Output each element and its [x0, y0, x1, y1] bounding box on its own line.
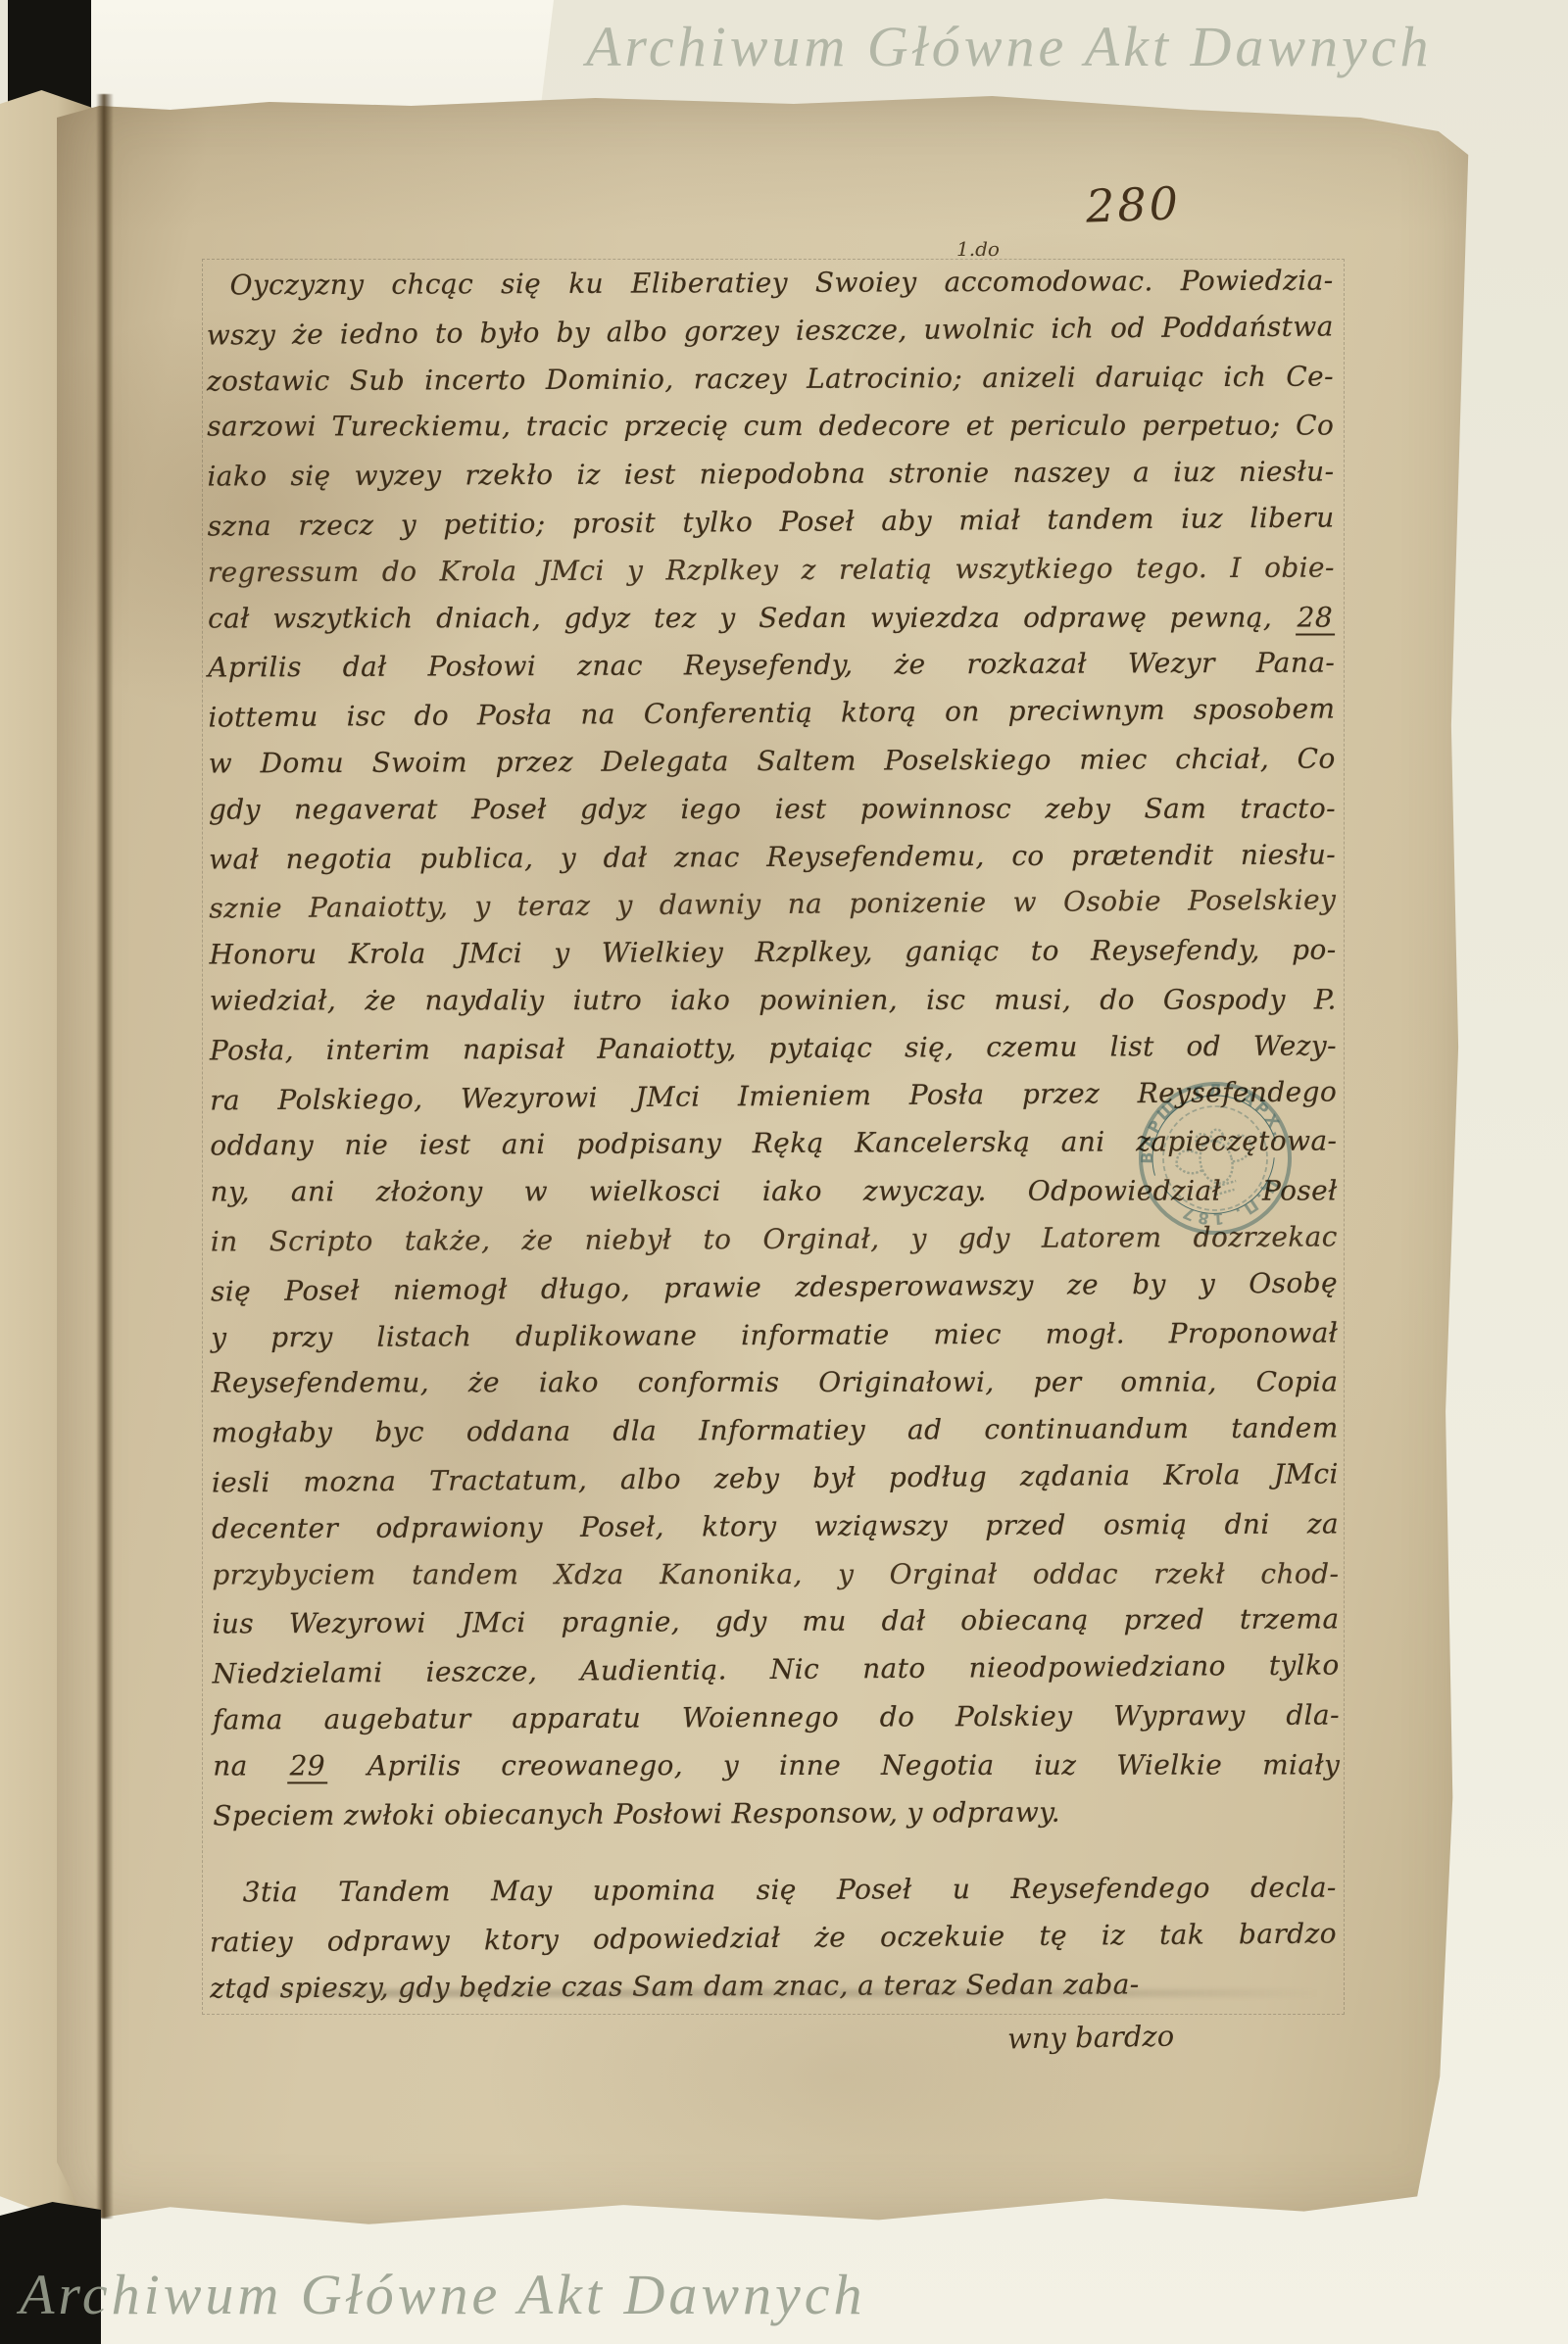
manuscript-line: Speciem zwłoki obiecanych Posłowi Respon… — [213, 1794, 1340, 1847]
manuscript-line: przybyciem tandem Xdza Kanonika, y Orgin… — [212, 1557, 1339, 1606]
manuscript-line: sznie Panaiotty, y teraz y dawniy na pon… — [209, 884, 1336, 941]
manuscript-line: mogłaby byc oddana dla Informatiey ad co… — [212, 1412, 1339, 1465]
manuscript-line: regressum do Krola JMci y Rzplkey z rela… — [208, 551, 1335, 604]
manuscript-line: cał wszytkich dniach, gdyz tez y Sedan w… — [208, 601, 1335, 650]
manuscript-line: zostawic Sub incerto Dominio, raczey Lat… — [207, 360, 1334, 413]
black-corner-bottom-left — [0, 2202, 101, 2344]
page-number: 280 — [1085, 176, 1182, 232]
manuscript-line: Niedzielami ieszcze, Audientią. Nic nato… — [213, 1649, 1340, 1706]
manuscript-line: fama augebatur apparatu Woiennego do Pol… — [213, 1698, 1340, 1751]
archival-scan: Archiwum Główne Akt Dawnych 280 1.do Oyc… — [0, 0, 1568, 2344]
manuscript-line: Posła, interim napisał Panaiotty, pytaią… — [210, 1029, 1337, 1082]
manuscript-line: ius Wezyrowi JMci pragnie, gdy mu dał ob… — [212, 1603, 1339, 1656]
insertion-mark: 1.do — [956, 237, 1000, 261]
manuscript-line: iako się wyzey rzekło iz iest niepodobna… — [207, 456, 1334, 509]
gutter-crease — [96, 94, 114, 2219]
paragraph-2: 3tia Tandem May upomina się Poseł u Reys… — [210, 1871, 1338, 2019]
manuscript-line: Aprilis dał Posłowi znac Reysefendy, że … — [208, 647, 1335, 700]
paragraph-1: Oyczyzny chcąc się ku Eliberatiey Swoiey… — [206, 264, 1340, 1846]
manuscript-line: się Poseł niemogł długo, prawie zdespero… — [211, 1266, 1338, 1323]
watermark-bottom: Archiwum Główne Akt Dawnych — [20, 2262, 866, 2327]
manuscript-line: w Domu Swoim przez Delegata Saltem Posel… — [209, 742, 1336, 795]
underlying-page-edge — [91, 0, 554, 115]
manuscript-line: gdy negaverat Poseł gdyz iego iest powin… — [209, 792, 1336, 841]
manuscript-line: na 29 Aprilis creowanego, y inne Negotia… — [213, 1748, 1340, 1797]
manuscript-line: wał negotia publica, y dał znac Reysefen… — [209, 838, 1336, 891]
manuscript-line: Oyczyzny chcąc się ku Eliberatiey Swoiey… — [206, 264, 1333, 317]
watermark-top: Archiwum Główne Akt Dawnych — [586, 14, 1433, 79]
manuscript-line: wszy że iedno to było by albo gorzey ies… — [207, 310, 1334, 366]
manuscript-line: iesli mozna Tractatum, albo zeby był pod… — [212, 1457, 1339, 1514]
manuscript-line: sarzowi Tureckiemu, tracic przecię cum d… — [207, 410, 1334, 459]
manuscript-line: Reysefendemu, że iako conformis Originał… — [211, 1366, 1338, 1415]
manuscript-line: wiedział, że naydaliy iutro iako powinie… — [210, 983, 1337, 1032]
manuscript-line: 3tia Tandem May upomina się Poseł u Reys… — [210, 1871, 1337, 1924]
manuscript-line: szna rzecz y petitio; prosit tylko Poseł… — [207, 501, 1334, 558]
manuscript-line: decenter odprawiony Poseł, ktory wziąwsz… — [212, 1507, 1339, 1560]
ink-smudge — [212, 1989, 1319, 1997]
manuscript-line: ratiey odprawy ktory odpowiedział że ocz… — [210, 1917, 1337, 1974]
manuscript-line: y przy listach duplikowane informatie mi… — [211, 1316, 1338, 1369]
catchword: wny bardzo — [1007, 2020, 1175, 2056]
manuscript-line: Honoru Krola JMci y Wielkiey Rzplkey, ga… — [209, 934, 1336, 987]
manuscript-line: iottemu isc do Posła na Conferentią ktor… — [208, 693, 1335, 750]
double-headed-eagle-icon — [1170, 1121, 1263, 1203]
